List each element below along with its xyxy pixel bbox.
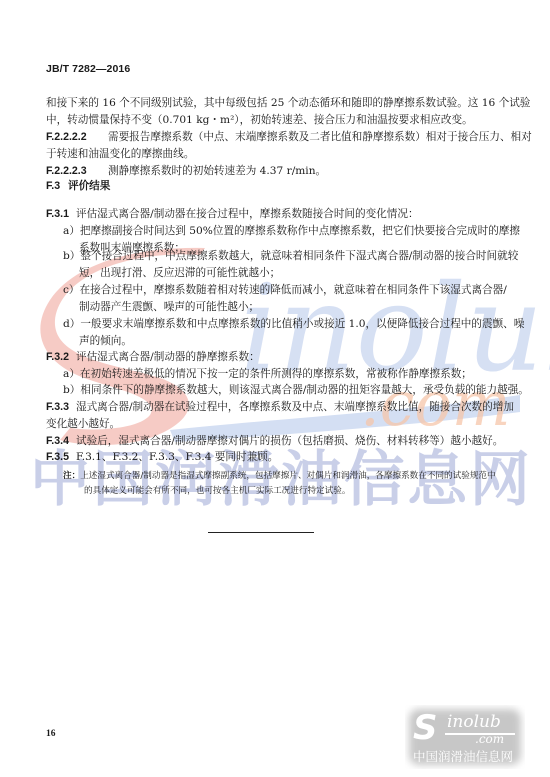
list-item-b: b）相同条件下的静摩擦系数越大，则该湿式离合器/制动器的扭矩容量越大，承受负载的… bbox=[63, 383, 529, 397]
clause-number: F.3.1 bbox=[46, 207, 76, 221]
section-title: 评价结果 bbox=[68, 180, 110, 192]
sinolub-logo-icon: S inolub .com 中国润滑油信息网 bbox=[405, 705, 525, 769]
standard-id-header: JB/T 7282—2016 bbox=[46, 63, 130, 75]
note-label: 注： bbox=[63, 471, 80, 481]
body-line: 和接下来的 16 个不同级别试验，其中每级包括 25 个动态循环和随即的静摩擦系… bbox=[46, 96, 530, 110]
list-item-c: c）在接合过程中，摩擦系数随着相对转速的降低而减小，就意味着在相同条件下该湿式离… bbox=[63, 283, 507, 297]
note-continuation: 的具体定义可能会有所不同，也可按各主机厂实际工况进行特定试验。 bbox=[84, 484, 350, 498]
clause-f32: F.3.2评估湿式离合器/制动器的静摩擦系数： bbox=[46, 350, 260, 364]
section-number: F.3 bbox=[46, 179, 68, 193]
list-item-a: a）在初始转速差极低的情况下按一定的条件所测得的摩擦系数，常被称作静摩擦系数； bbox=[63, 367, 472, 381]
list-item-a: a）把摩擦副接合时间达到 50%位置的摩擦系数称作中点摩擦系数，把它们快要接合完… bbox=[63, 224, 520, 238]
body-line: 于转速和油温变化的摩擦曲线。 bbox=[46, 147, 194, 161]
clause-number: F.2.2.2.2 bbox=[46, 130, 108, 144]
body-line: 中，转动惯量保持不变（0.701 kg・m²），初始转速差、接合压力和油温按要求… bbox=[46, 113, 473, 127]
end-rule bbox=[208, 532, 314, 533]
clause-number: F.3.4 bbox=[46, 434, 76, 448]
section-heading-f3: F.3评价结果 bbox=[46, 179, 110, 193]
clause-f22223: F.2.2.2.3测静摩擦系数时的初始转速差为 4.37 r/min。 bbox=[46, 164, 326, 178]
clause-number: F.3.5 bbox=[46, 450, 76, 464]
note: 注：上述湿式离合器/制动器是指湿式摩擦副系统，包括摩擦片、对偶片和润滑油，各摩擦… bbox=[63, 469, 496, 483]
clause-f34: F.3.4试验后，湿式离合器/制动器摩擦对偶片的损伤（包括磨损、烧伤、材料转移等… bbox=[46, 434, 503, 448]
clause-f31: F.3.1评估湿式离合器/制动器在接合过程中，摩擦系数随接合时间的变化情况： bbox=[46, 207, 419, 221]
page-number: 16 bbox=[46, 729, 56, 739]
body-line: 变化越小越好。 bbox=[46, 417, 120, 431]
clause-f33: F.3.3湿式离合器/制动器在试验过程中，各摩擦系数及中点、末端摩擦系数比值，随… bbox=[46, 400, 514, 414]
clause-number: F.3.3 bbox=[46, 400, 76, 414]
sinolub-logo: S inolub .com 中国润滑油信息网 bbox=[405, 705, 525, 769]
list-item-continuation: 制动器产生震颤、噪声的可能性越小； bbox=[79, 300, 259, 314]
clause-number: F.2.2.2.3 bbox=[46, 164, 108, 178]
clause-f22222: F.2.2.2.2需要报告摩擦系数（中点、末端摩擦系数及二者比值和静摩擦系数）相… bbox=[46, 130, 532, 144]
svg-text:中国润滑油信息网: 中国润滑油信息网 bbox=[413, 749, 513, 764]
list-item-continuation: 声的倾向。 bbox=[79, 334, 132, 348]
list-item-d: d）一般要求末端摩擦系数和中点摩擦系数的比值稍小或接近 1.0，以便降低接合过程… bbox=[63, 317, 524, 331]
list-item-continuation: 短，出现打滑、反应迟滞的可能性就越小； bbox=[79, 266, 280, 280]
svg-text:S: S bbox=[413, 708, 438, 748]
svg-text:inolub: inolub bbox=[447, 712, 501, 732]
list-item-b: b）整个接合过程中，中点摩擦系数越大，就意味着相同条件下湿式离合器/制动器的接合… bbox=[63, 249, 518, 263]
clause-number: F.3.2 bbox=[46, 350, 76, 364]
document-page: JB/T 7282—2016 和接下来的 16 个不同级别试验，其中每级包括 2… bbox=[0, 0, 550, 777]
clause-f35: F.3.5F.3.1、F.3.2、F.3.3、F.3.4 要同时兼顾。 bbox=[46, 450, 278, 464]
